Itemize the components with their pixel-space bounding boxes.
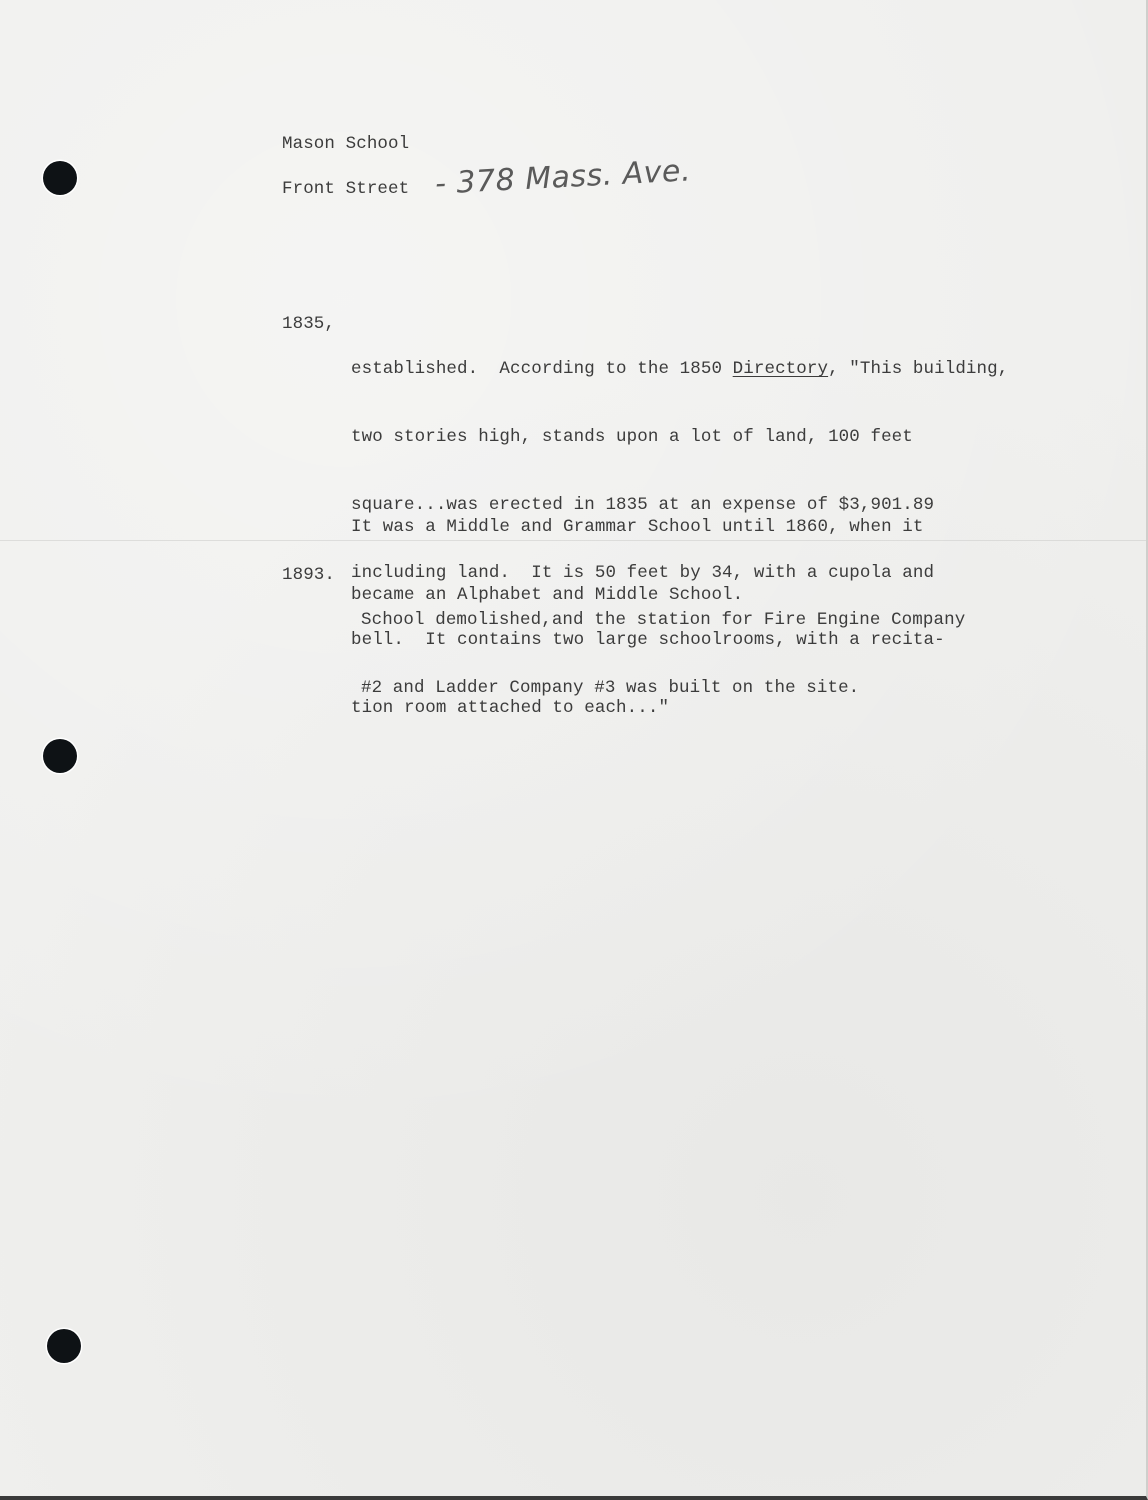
line-1-part-c: , "This building,: [828, 359, 1008, 379]
hole-punch-bottom: [47, 1329, 81, 1363]
hole-punch-middle: [43, 739, 77, 773]
entry-year-1893: 1893.: [282, 564, 335, 587]
handwritten-address-annotation: - 378 Mass. Ave.: [434, 153, 692, 201]
line-1-part-a: established. According to the 1850: [351, 359, 733, 379]
entry-1893-text: School demolished,and the station for Fi…: [361, 564, 965, 745]
entry-1893-line-1: School demolished,and the station for Fi…: [361, 609, 965, 632]
document-page: Mason School Front Street - 378 Mass. Av…: [0, 0, 1148, 1500]
entry-year-1835: 1835,: [282, 313, 335, 336]
directory-title-underlined: Directory: [733, 359, 828, 379]
street-label: Front Street: [282, 178, 409, 201]
entry-1893-line-2: #2 and Ladder Company #3 was built on th…: [361, 677, 965, 700]
document-title: Mason School: [282, 133, 409, 156]
entry-1835-line-1: established. According to the 1850 Direc…: [351, 358, 1008, 381]
hole-punch-top: [43, 161, 77, 195]
entry-1835-line-2: two stories high, stands upon a lot of l…: [351, 426, 1008, 449]
continuation-line-1: It was a Middle and Grammar School until…: [351, 516, 924, 539]
